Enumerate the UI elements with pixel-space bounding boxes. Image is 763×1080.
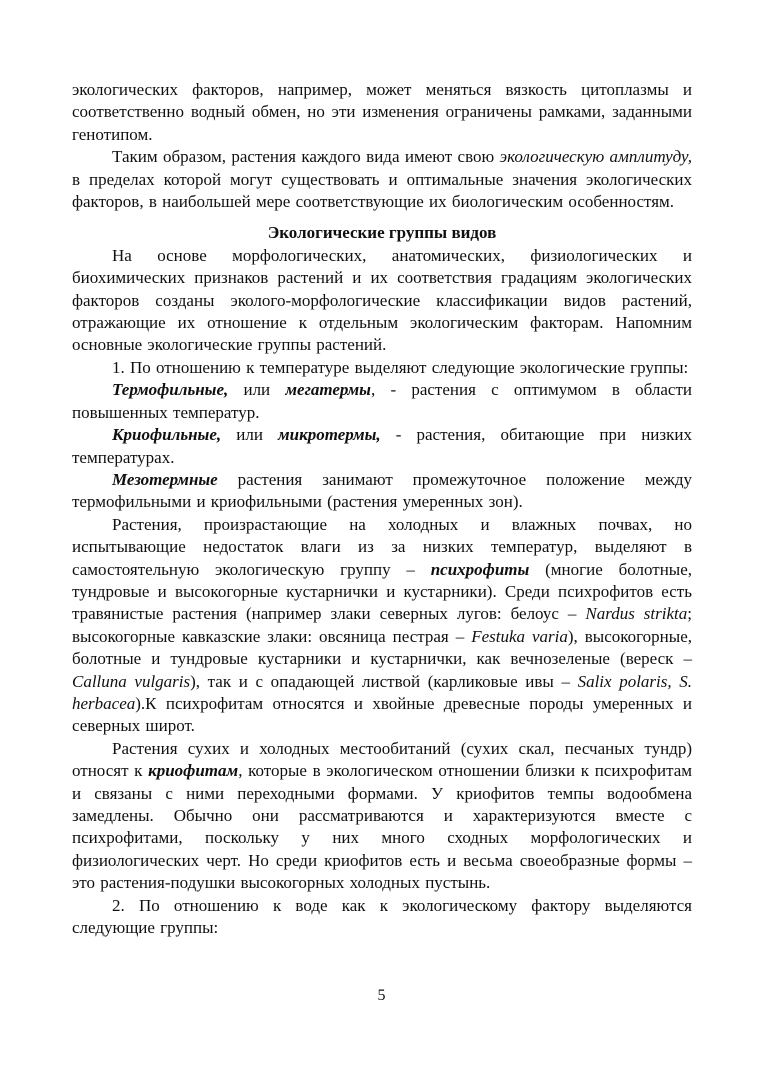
text-run: психрофиты xyxy=(431,560,530,579)
document-page: экологических факторов, например, может … xyxy=(0,0,763,1080)
text-run: мегатермы xyxy=(285,380,371,399)
text-run: Криофильные, xyxy=(112,425,221,444)
paragraph: На основе морфологических, анатомических… xyxy=(72,245,692,357)
text-run: ).К психрофитам относятся и хвойные древ… xyxy=(72,694,692,735)
text-run: микротермы, xyxy=(278,425,381,444)
page-number: 5 xyxy=(0,986,763,1006)
text-run: экологическую амплитуду, xyxy=(500,147,692,166)
text-run: или xyxy=(228,380,285,399)
text-run: 2. По отношению к воде как к экологическ… xyxy=(72,896,692,937)
text-run: в пределах которой могут существовать и … xyxy=(72,170,692,211)
text-run: Мезотермные xyxy=(112,470,218,489)
paragraph: 1. По отношению к температуре выделяют с… xyxy=(72,357,692,379)
paragraph: Криофильные, или микротермы, - растения,… xyxy=(72,424,692,469)
section-heading: Экологические группы видов xyxy=(72,222,692,244)
text-run: , которые в экологическом отношении близ… xyxy=(72,761,692,892)
text-run: криофитам xyxy=(148,761,238,780)
paragraph: экологических факторов, например, может … xyxy=(72,79,692,146)
paragraph: Таким образом, растения каждого вида име… xyxy=(72,146,692,213)
paragraph: 2. По отношению к воде как к экологическ… xyxy=(72,895,692,940)
paragraph: Растения сухих и холодных местообитаний … xyxy=(72,738,692,895)
document-content: экологических факторов, например, может … xyxy=(72,79,692,939)
text-run: Festuka varia xyxy=(471,627,568,646)
text-run: экологических факторов, например, может … xyxy=(72,80,692,144)
text-run: Таким образом, растения каждого вида име… xyxy=(112,147,500,166)
paragraph: Термофильные, или мегатермы, - растения … xyxy=(72,379,692,424)
text-run: 1. По отношению к температуре выделяют с… xyxy=(112,358,688,377)
text-run: Calluna vulgaris xyxy=(72,672,190,691)
text-run: или xyxy=(221,425,278,444)
paragraph: Растения, произрастающие на холодных и в… xyxy=(72,514,692,738)
paragraph: Мезотермные растения занимают промежуточ… xyxy=(72,469,692,514)
text-run: На основе морфологических, анатомических… xyxy=(72,246,692,355)
text-run: Термофильные, xyxy=(112,380,228,399)
text-run: ), так и с опадающей листвой (карликовые… xyxy=(190,672,577,691)
text-run: Nardus strikta xyxy=(585,604,687,623)
text-run: Экологические группы видов xyxy=(268,223,497,242)
